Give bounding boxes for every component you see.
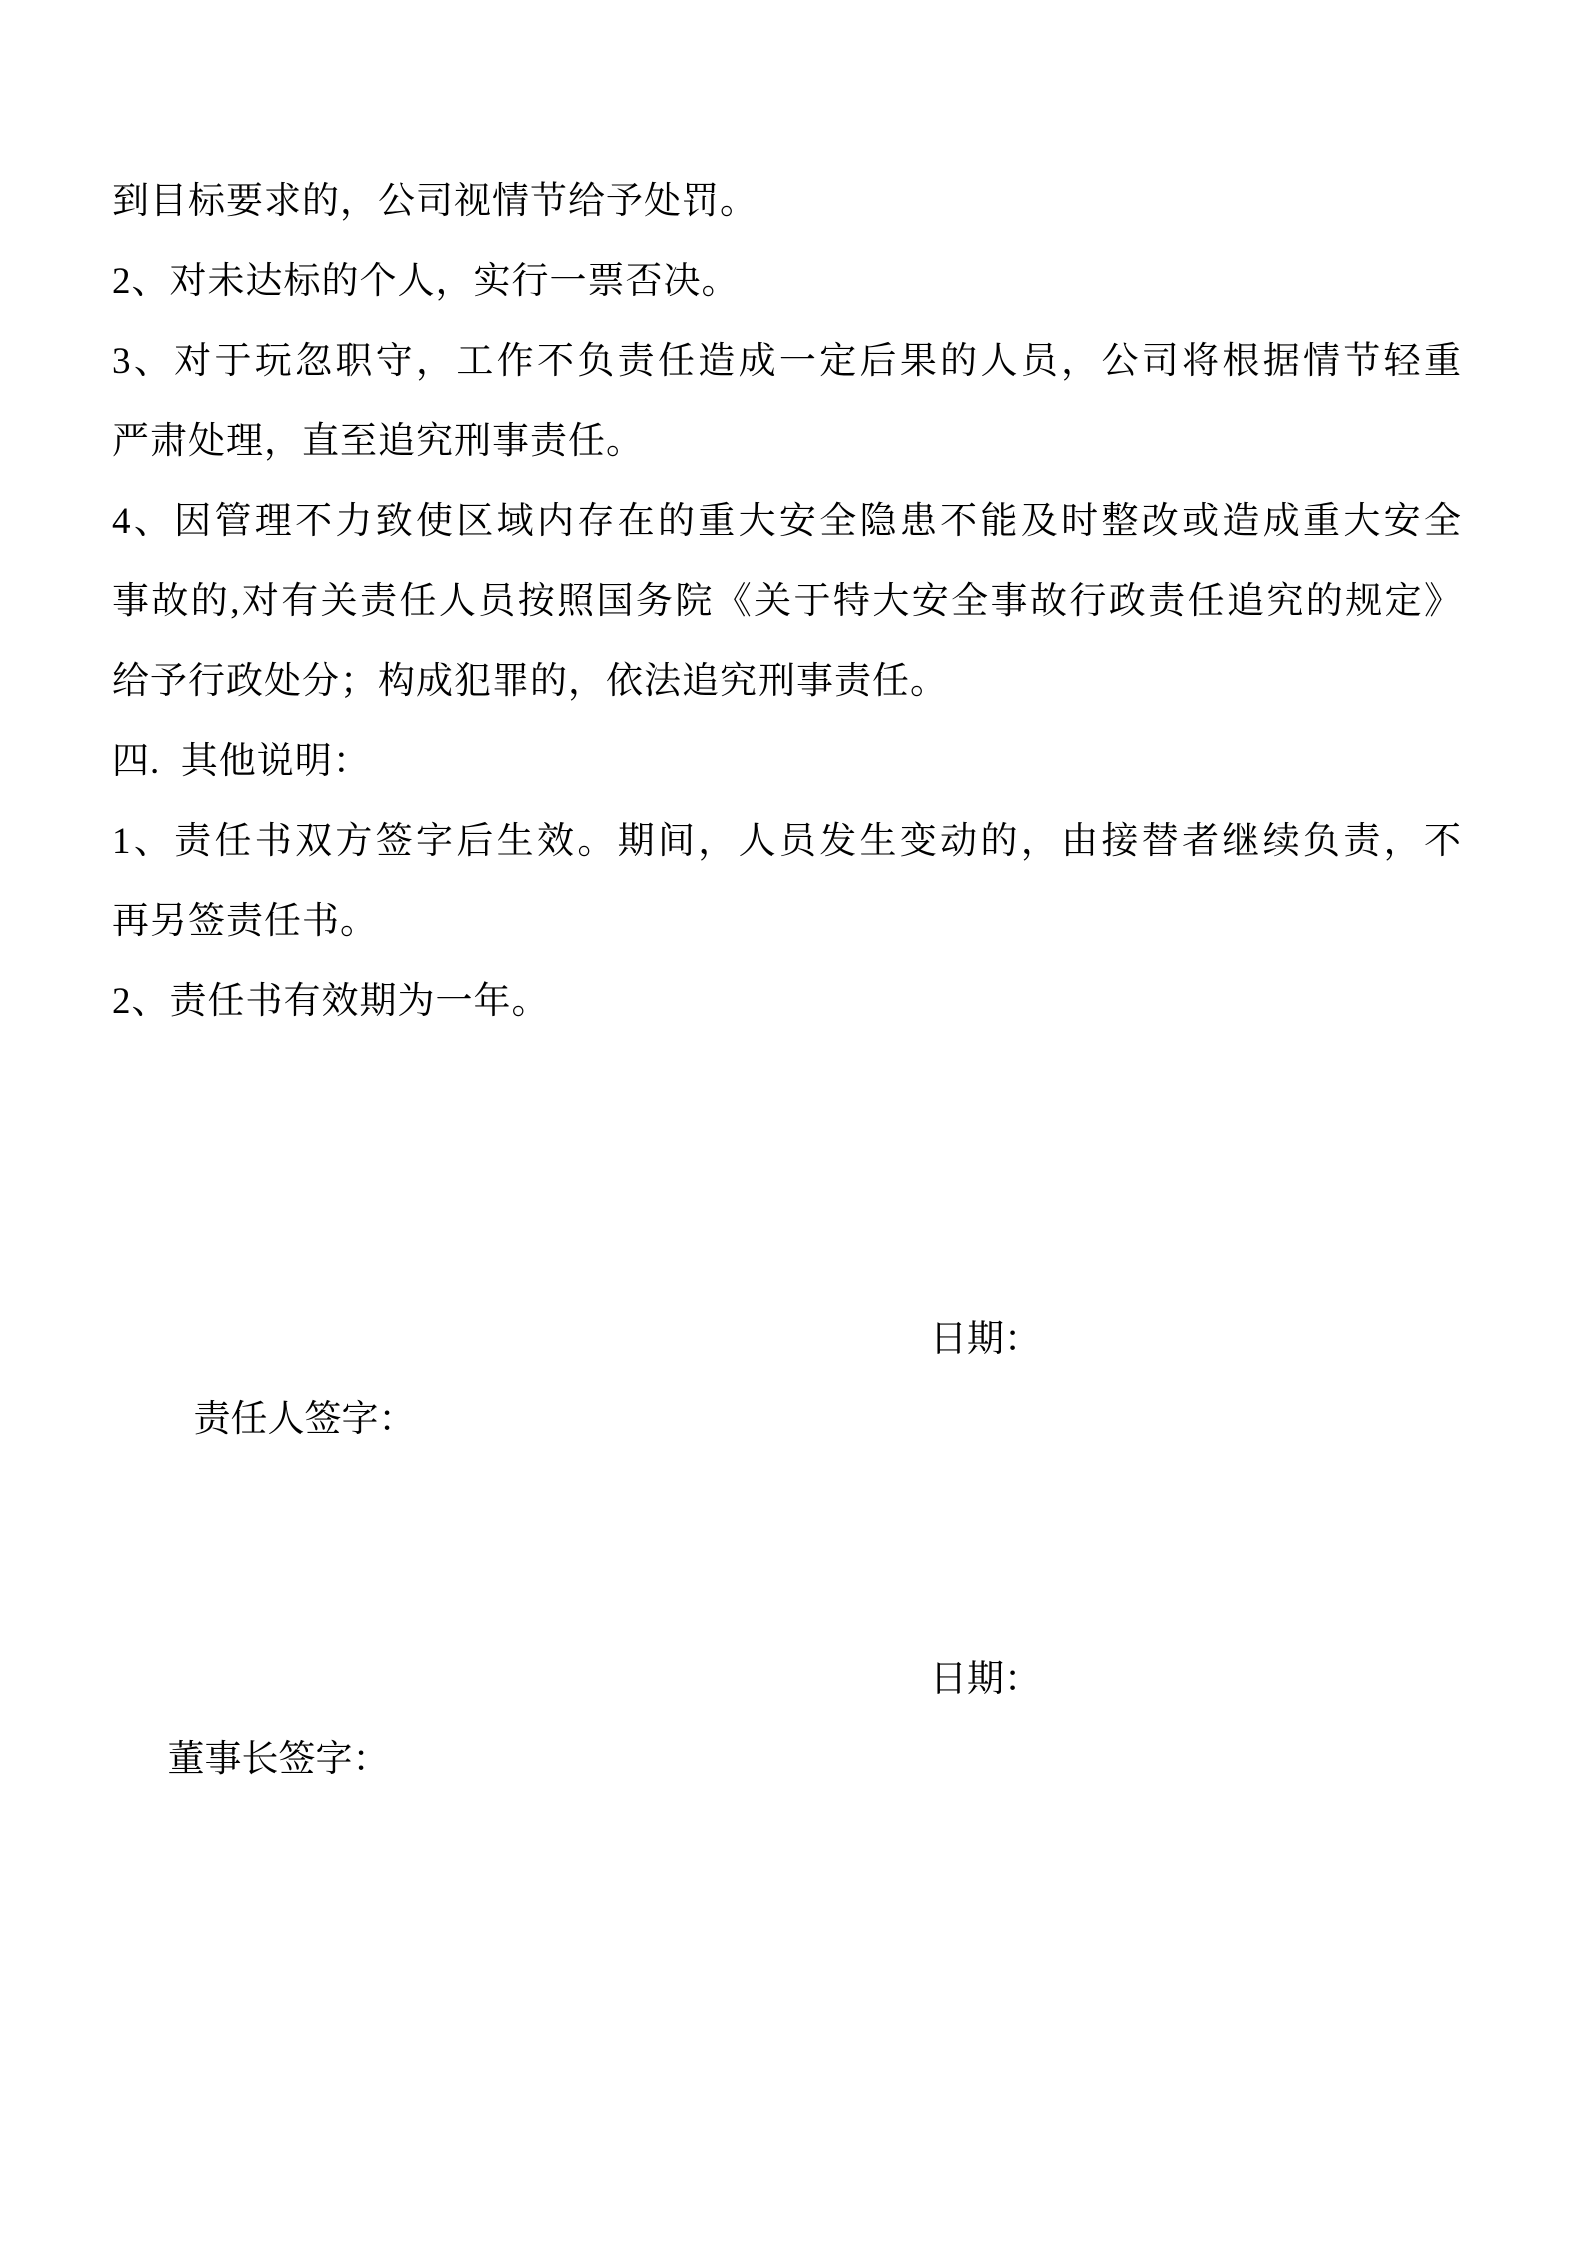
signature-row-responsible-person: 责任人签字： 日期： [112, 1300, 1462, 1380]
paragraph-line: 给予行政处分；构成犯罪的，依法追究刑事责任。 [112, 642, 1462, 722]
paragraph-line: 严肃处理，直至追究刑事责任。 [112, 402, 1462, 482]
paragraph-line: 2、责任书有效期为一年。 [112, 962, 1462, 1042]
signature-row-chairman: 董事长签字： 日期： [112, 1640, 1462, 1720]
paragraph-line: 到目标要求的，公司视情节给予处罚。 [112, 162, 1462, 242]
paragraph-line: 2、对未达标的个人，实行一票否决。 [112, 242, 1462, 322]
paragraph-line: 3、对于玩忽职守，工作不负责任造成一定后果的人员，公司将根据情节轻重 [112, 322, 1462, 402]
paragraph-line: 事故的,对有关责任人员按照国务院《关于特大安全事故行政责任追究的规定》 [112, 562, 1462, 642]
document-page: 到目标要求的，公司视情节给予处罚。 2、对未达标的个人，实行一票否决。 3、对于… [0, 0, 1587, 2245]
paragraph-line: 4、因管理不力致使区域内存在的重大安全隐患不能及时整改或造成重大安全 [112, 482, 1462, 562]
paragraph-line: 再另签责任书。 [112, 882, 1462, 962]
date-label: 日期： [930, 1640, 1041, 1720]
chairman-signature-label: 董事长签字： [168, 1739, 390, 1780]
section-heading: 四. 其他说明： [112, 722, 1462, 802]
document-body: 到目标要求的，公司视情节给予处罚。 2、对未达标的个人，实行一票否决。 3、对于… [0, 0, 1587, 1720]
date-label: 日期： [930, 1300, 1041, 1380]
responsible-person-signature-label: 责任人签字： [168, 1399, 416, 1440]
paragraph-line: 1、责任书双方签字后生效。期间，人员发生变动的，由接替者继续负责，不 [112, 802, 1462, 882]
